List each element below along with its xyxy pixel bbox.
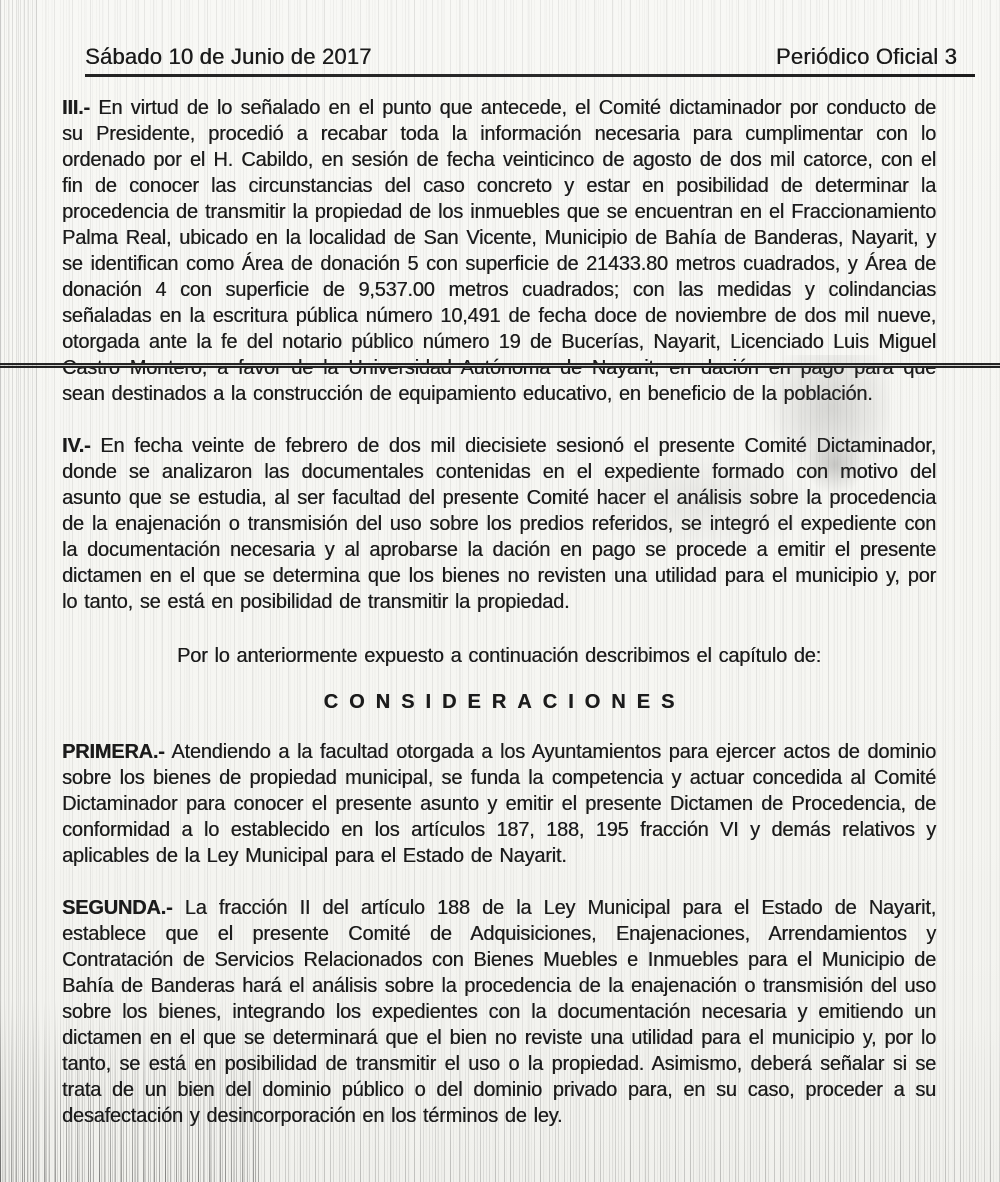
header-date: Sábado 10 de Junio de 2017 — [85, 44, 372, 70]
section-heading-consideraciones: CONSIDERACIONES — [62, 689, 936, 715]
paragraph-primera-text: Atendiendo a la facultad otorgada a los … — [62, 741, 936, 867]
scan-noise-left-edge — [0, 0, 40, 1182]
paragraph-iv-text: En fecha veinte de febrero de dos mil di… — [62, 435, 936, 613]
header-rule — [85, 74, 975, 77]
intro-line: Por lo anteriormente expuesto a continua… — [62, 643, 936, 669]
paragraph-segunda: SEGUNDA.- La fracción II del artículo 18… — [62, 895, 936, 1129]
paragraph-primera-label: PRIMERA.- — [62, 741, 165, 763]
paragraph-primera: PRIMERA.- Atendiendo a la facultad otorg… — [62, 739, 936, 869]
paragraph-iii-number: III.- — [62, 97, 90, 119]
paragraph-iii-text: En virtud de lo señalado en el punto que… — [62, 97, 936, 405]
paragraph-segunda-text: La fracción II del artículo 188 de la Le… — [62, 897, 936, 1127]
paragraph-iii: III.- En virtud de lo señalado en el pun… — [62, 95, 936, 407]
paragraph-iv-number: IV.- — [62, 435, 90, 457]
paragraph-segunda-label: SEGUNDA.- — [62, 897, 172, 919]
page-header: Sábado 10 de Junio de 2017 Periódico Ofi… — [85, 44, 957, 70]
header-publication-title: Periódico Oficial 3 — [776, 44, 957, 70]
document-body: III.- En virtud de lo señalado en el pun… — [62, 95, 936, 1155]
paragraph-iv: IV.- En fecha veinte de febrero de dos m… — [62, 433, 936, 615]
scanned-gazette-page: Sábado 10 de Junio de 2017 Periódico Ofi… — [0, 0, 1000, 1182]
